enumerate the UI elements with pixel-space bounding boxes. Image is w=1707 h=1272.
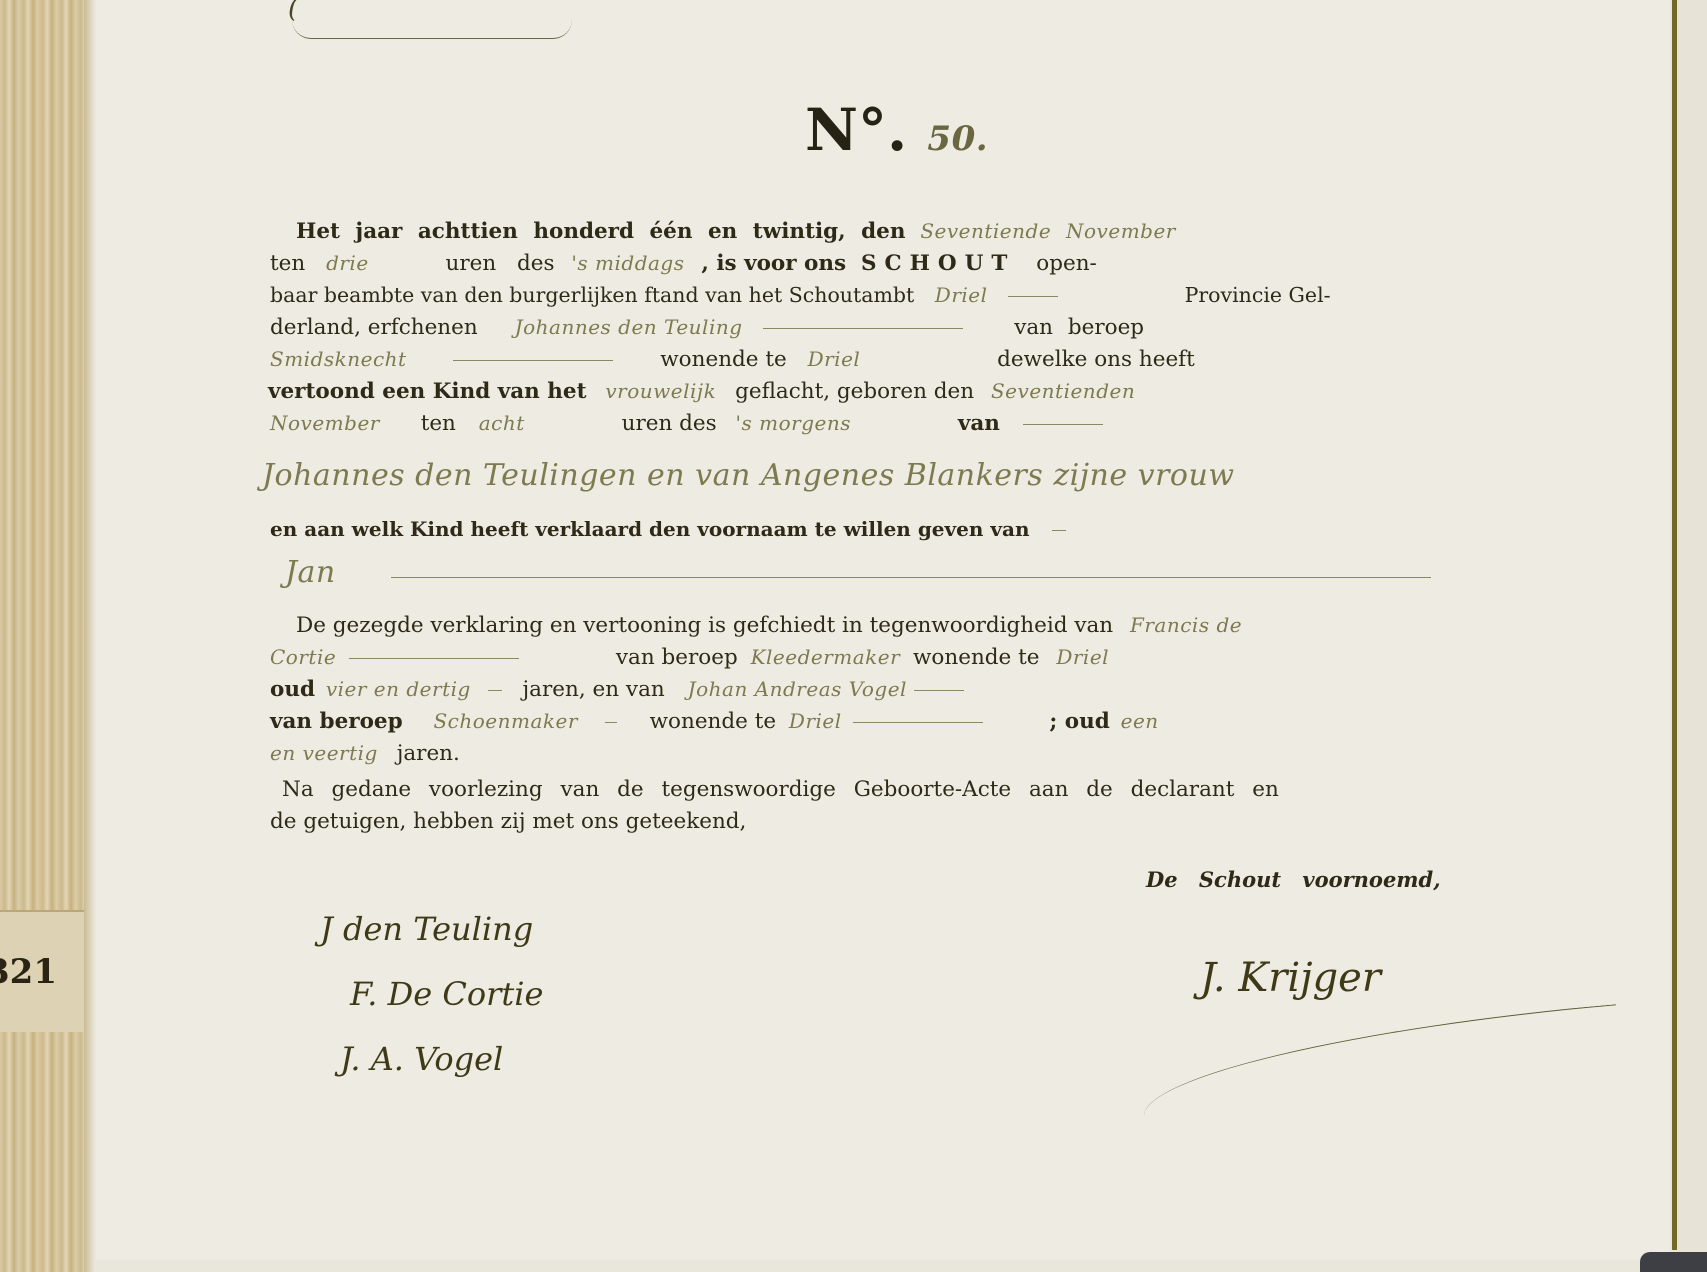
p1-line-1: Het jaar achttien honderd één en twintig… bbox=[296, 219, 1176, 244]
handwritten-parents: Johannes den Teulingen en van Angenes Bl… bbox=[262, 458, 1235, 493]
spine-label: 321 bbox=[0, 910, 84, 1032]
handwritten-date: Seventiende November bbox=[920, 219, 1176, 243]
handwritten-witness-2-occupation: Schoenmaker bbox=[433, 709, 577, 733]
handwritten-birth-day: Seventienden bbox=[991, 379, 1135, 403]
p1-line-5: Smidsknecht wonende te Driel dewelke ons… bbox=[270, 347, 1195, 372]
handwritten-witness-2-age: een bbox=[1121, 709, 1159, 733]
p1-line-4: derland, erfchenen Johannes den Teuling … bbox=[270, 315, 1144, 340]
printed-text: dewelke ons heeft bbox=[997, 347, 1195, 372]
fill-line bbox=[914, 690, 964, 691]
handwritten-daypart: 's middags bbox=[571, 251, 684, 275]
printed-text: derland, erfchenen bbox=[270, 315, 478, 340]
printed-text: jaren, en van bbox=[523, 677, 665, 702]
printed-text: van beroep bbox=[270, 709, 403, 734]
handwritten-hour: drie bbox=[326, 251, 369, 275]
p1-line-10: Jan bbox=[285, 555, 1431, 590]
printed-text: ten bbox=[421, 411, 456, 436]
p1-line-3: baar beambte van den burgerlijken ftand … bbox=[270, 283, 1331, 307]
spine-label-text: 321 bbox=[0, 952, 57, 992]
signature-witness-vogel: J. A. Vogel bbox=[340, 1040, 503, 1078]
schout-closing-label: De Schout voornoemd, bbox=[1146, 867, 1441, 892]
p1-line-2: ten drie uren des 's middags , is voor o… bbox=[270, 251, 1097, 276]
printed-text: van beroep bbox=[616, 645, 738, 670]
binding-corner bbox=[1640, 1252, 1707, 1272]
handwritten-birth-month: November bbox=[270, 411, 380, 435]
fill-line bbox=[488, 690, 502, 691]
handwritten-witness-1-age: vier en dertig bbox=[326, 677, 471, 701]
handwritten-witness-1-name: Francis de bbox=[1130, 613, 1242, 637]
handwritten-birth-hour: acht bbox=[479, 411, 525, 435]
facing-page-edge bbox=[1677, 0, 1707, 1272]
handwritten-witness-1-surname: Cortie bbox=[270, 645, 336, 669]
fill-line bbox=[349, 658, 519, 659]
handwritten-occupation: Smidsknecht bbox=[270, 347, 407, 371]
printed-text: wonende te bbox=[913, 645, 1039, 670]
printed-text: De gezegde verklaring en vertooning is g… bbox=[296, 613, 1113, 638]
printed-text: van beroep bbox=[1014, 315, 1144, 340]
fill-line bbox=[391, 577, 1431, 578]
printed-text: wonende te bbox=[660, 347, 786, 372]
handwritten-birth-daypart: 's morgens bbox=[736, 411, 851, 435]
printed-text: Na gedane voorlezing van de tegenswoordi… bbox=[282, 777, 1279, 802]
printed-text: vertoond een Kind van het bbox=[268, 379, 587, 404]
printed-text: en aan welk Kind heeft verklaard den voo… bbox=[270, 517, 1030, 541]
record-number: N°. 50. bbox=[805, 96, 988, 164]
fill-line bbox=[1008, 296, 1058, 297]
fill-line bbox=[453, 360, 613, 361]
p2-line-2: Cortie van beroep Kleedermaker wonende t… bbox=[270, 645, 1109, 670]
printed-text: wonende te bbox=[650, 709, 776, 734]
fill-line bbox=[853, 722, 983, 723]
p2-line-1: De gezegde verklaring en vertooning is g… bbox=[296, 613, 1242, 638]
number-label: N°. bbox=[805, 96, 907, 164]
handwritten-municipality: Driel bbox=[935, 283, 988, 307]
handwritten-given-name: Jan bbox=[285, 555, 336, 590]
top-flourish bbox=[292, 20, 572, 39]
printed-text: ten bbox=[270, 251, 305, 276]
p1-line-6: vertoond een Kind van het vrouwelijk gef… bbox=[268, 379, 1135, 404]
p3-line-1: Na gedane voorlezing van de tegenswoordi… bbox=[282, 777, 1279, 802]
fill-line bbox=[763, 328, 963, 329]
handwritten-witness-2-name: Johan Andreas Vogel bbox=[688, 677, 907, 701]
printed-text: baar beambte van den burgerlijken ftand … bbox=[270, 283, 914, 307]
handwritten-witness-1-occupation: Kleedermaker bbox=[751, 645, 901, 669]
printed-text: geflacht, geboren den bbox=[735, 379, 974, 404]
handwritten-witness-2-residence: Driel bbox=[789, 709, 842, 733]
printed-text: uren des bbox=[622, 411, 717, 436]
printed-text: Provincie Gel- bbox=[1185, 283, 1331, 307]
schout-heading: SCHOUT bbox=[861, 251, 1015, 276]
p2-line-4: van beroep Schoenmaker wonende te Driel … bbox=[270, 709, 1159, 734]
signature-schout: J. Krijger bbox=[1200, 955, 1381, 1001]
signature-witness-father: J den Teuling bbox=[320, 910, 533, 948]
printed-text: oud bbox=[270, 677, 315, 702]
printed-text: de getuigen, hebben zij met ons geteeken… bbox=[270, 809, 746, 834]
fill-line bbox=[1023, 424, 1103, 425]
page-edge bbox=[84, 0, 96, 1272]
handwritten-sex: vrouwelijk bbox=[605, 379, 716, 403]
handwritten-father-name: Johannes den Teuling bbox=[515, 315, 743, 339]
printed-text: uren des bbox=[446, 251, 555, 276]
fill-line bbox=[605, 722, 617, 723]
printed-text: van bbox=[958, 411, 1000, 436]
p3-line-2: de getuigen, hebben zij met ons geteeken… bbox=[270, 809, 746, 834]
handwritten-witness-1-residence: Driel bbox=[1056, 645, 1109, 669]
number-value: 50. bbox=[927, 119, 988, 159]
p1-line-7: November ten acht uren des 's morgens va… bbox=[270, 411, 1103, 436]
printed-text: jaren. bbox=[397, 741, 460, 766]
p2-line-3: oud vier en dertig jaren, en van Johan A… bbox=[270, 677, 964, 702]
printed-text: , is voor ons bbox=[701, 251, 846, 276]
signature-witness-de-cortie: F. De Cortie bbox=[350, 975, 543, 1013]
p1-line-9: en aan welk Kind heeft verklaard den voo… bbox=[270, 517, 1066, 541]
printed-text: ; oud bbox=[1049, 709, 1109, 734]
book-spine bbox=[0, 0, 92, 1272]
fill-line bbox=[1052, 530, 1066, 531]
handwritten-residence: Driel bbox=[808, 347, 861, 371]
handwritten-witness-2-age-cont: en veertig bbox=[270, 741, 378, 765]
printed-text: Het jaar achttien honderd één en twintig… bbox=[296, 219, 905, 244]
printed-text: open- bbox=[1036, 251, 1097, 276]
p2-line-5: en veertig jaren. bbox=[270, 741, 460, 766]
